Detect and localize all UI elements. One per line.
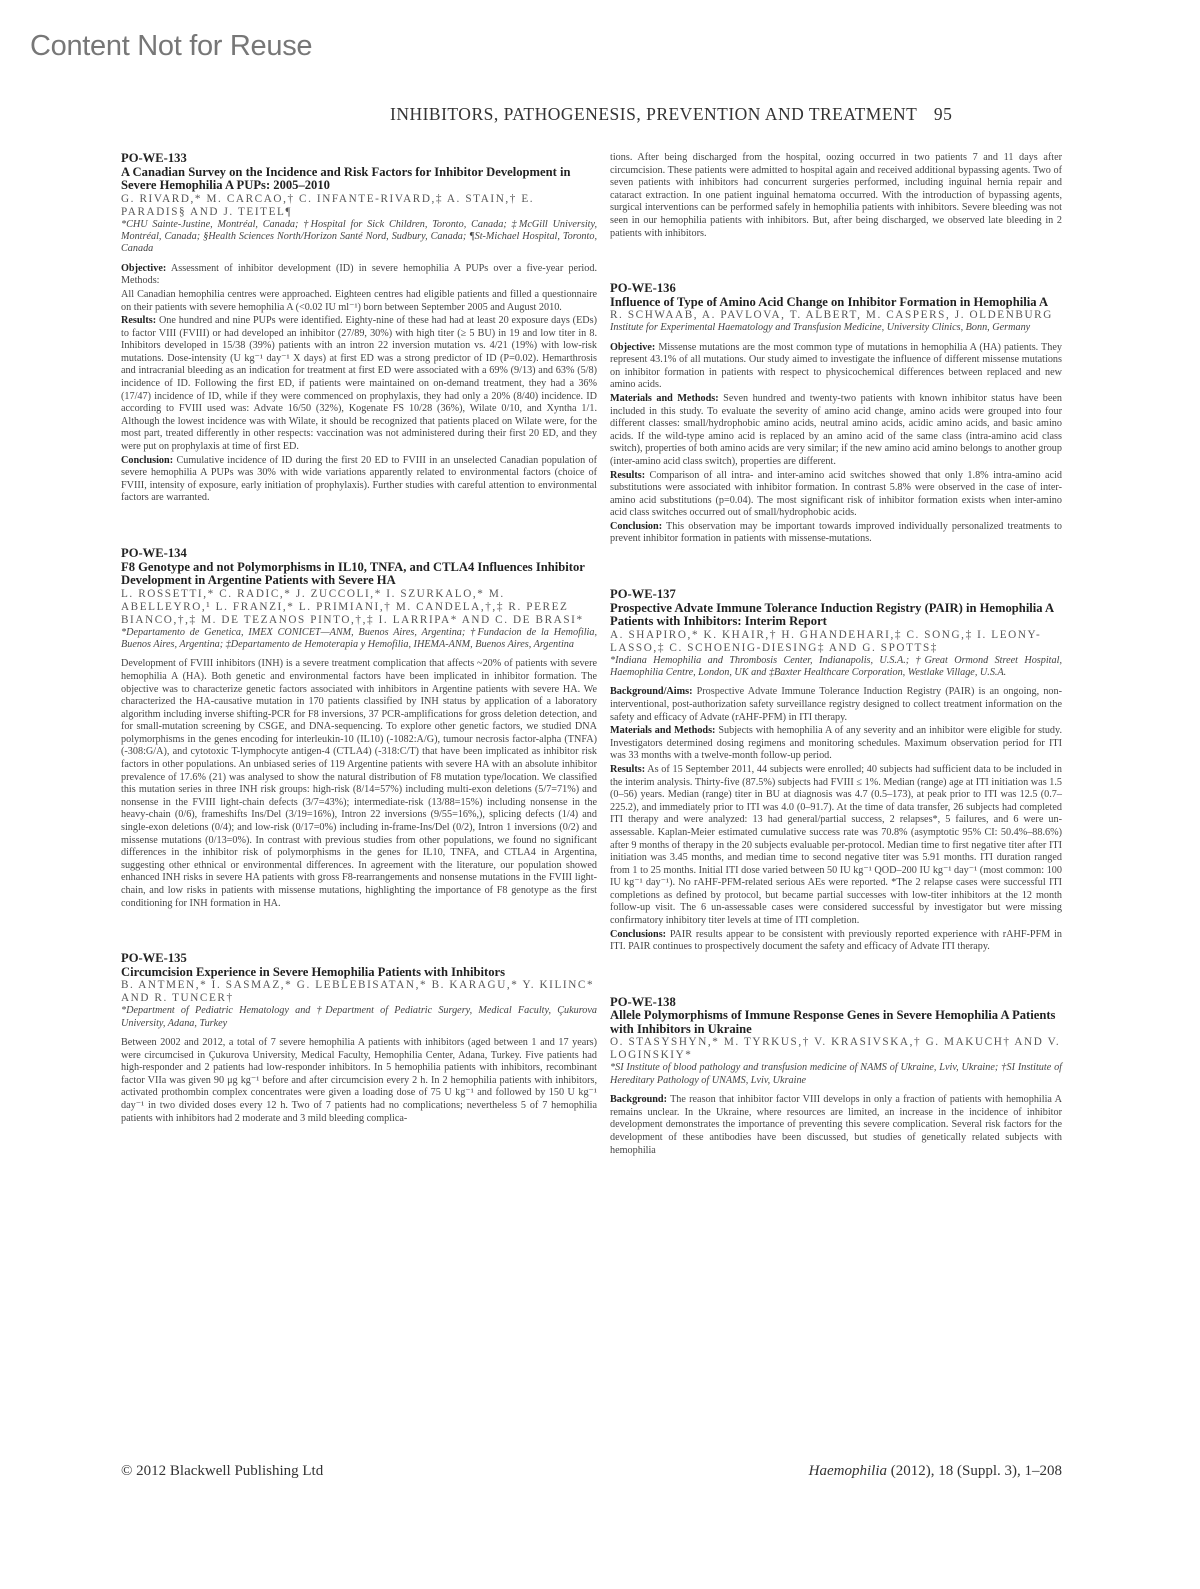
abstract-authors: L. ROSSETTI,* C. RADIC,* J. ZUCCOLI,* I.… [121,588,597,627]
abstract-section: Development of FVIII inhibitors (INH) is… [121,658,597,910]
section-label: Results: [610,764,645,775]
abstract-affiliations: Institute for Experimental Haematology a… [610,322,1062,334]
abstract-po-we-135-continuation: tions. After being discharged from the h… [610,152,1062,240]
abstract-title: Prospective Advate Immune Tolerance Indu… [610,602,1062,629]
section-label: Materials and Methods: [610,725,715,736]
section-label: Results: [121,315,156,326]
section-label: Objective: [121,263,166,274]
section-text: Comparison of all intra- and inter-amino… [610,470,1062,519]
abstract-authors: O. STASYSHYN,* M. TYRKUS,† V. KRASIVSKA,… [610,1036,1062,1062]
abstract-po-we-134: PO-WE-134 F8 Genotype and not Polymorphi… [121,547,597,910]
running-head: INHIBITORS, PATHOGENESIS, PREVENTION AND… [390,104,1062,125]
left-column: PO-WE-133 A Canadian Survey on the Incid… [121,152,597,1167]
abstract-section: Conclusion: Cumulative incidence of ID d… [121,455,597,505]
abstract-po-we-137: PO-WE-137 Prospective Advate Immune Tole… [610,588,1062,954]
abstract-authors: A. SHAPIRO,* K. KHAIR,† H. GHANDEHARI,‡ … [610,629,1062,655]
abstract-title: A Canadian Survey on the Incidence and R… [121,166,597,193]
abstract-po-we-133: PO-WE-133 A Canadian Survey on the Incid… [121,152,597,505]
abstract-section: All Canadian hemophilia centres were app… [121,289,597,314]
abstract-section: Conclusion: This observation may be impo… [610,521,1062,546]
section-text: Missense mutations are the most common t… [610,342,1062,391]
abstract-section: Conclusions: PAIR results appear to be c… [610,929,1062,954]
abstract-section: Results: Comparison of all intra- and in… [610,470,1062,520]
section-label: Background: [610,1094,667,1105]
section-text: Development of FVIII inhibitors (INH) is… [121,658,597,908]
abstract-section: Between 2002 and 2012, a total of 7 seve… [121,1037,597,1125]
abstract-authors: B. ANTMEN,* I. SASMAZ,* G. LEBLEBISATAN,… [121,979,597,1005]
section-text: As of 15 September 2011, 44 subjects wer… [610,764,1062,926]
section-text: This observation may be important toward… [610,521,1062,545]
abstract-title: Influence of Type of Amino Acid Change o… [610,296,1062,310]
section-text: Between 2002 and 2012, a total of 7 seve… [121,1037,597,1124]
abstract-id: PO-WE-136 [610,282,1062,296]
abstract-section: Results: One hundred and nine PUPs were … [121,315,597,454]
section-label: Background/Aims: [610,686,692,697]
abstract-po-we-136: PO-WE-136 Influence of Type of Amino Aci… [610,282,1062,546]
section-label: Materials and Methods: [610,393,719,404]
section-text: One hundred and nine PUPs were identifie… [121,315,597,452]
section-label: Results: [610,470,645,481]
abstract-title: Allele Polymorphisms of Immune Response … [610,1009,1062,1036]
section-text: The reason that inhibitor factor VIII de… [610,1094,1062,1155]
journal-name: Haemophilia [809,1463,887,1479]
abstract-id: PO-WE-135 [121,952,597,966]
abstract-affiliations: *Departamento de Genetica, IMEX CONICET—… [121,627,597,652]
abstract-affiliations: *CHU Sainte-Justine, Montréal, Canada; †… [121,219,597,256]
page-number: 95 [934,104,953,124]
abstract-po-we-135: PO-WE-135 Circumcision Experience in Sev… [121,952,597,1125]
abstract-section: Background/Aims: Prospective Advate Immu… [610,686,1062,724]
section-title: INHIBITORS, PATHOGENESIS, PREVENTION AND… [390,104,917,124]
section-text: Assessment of inhibitor development (ID)… [121,263,597,287]
abstract-section: Materials and Methods: Subjects with hem… [610,725,1062,763]
section-text: Cumulative incidence of ID during the fi… [121,455,597,504]
footer-citation: Haemophilia (2012), 18 (Suppl. 3), 1–208 [809,1463,1062,1480]
section-text: All Canadian hemophilia centres were app… [121,289,597,313]
abstract-title: Circumcision Experience in Severe Hemoph… [121,966,597,980]
citation-details: (2012), 18 (Suppl. 3), 1–208 [891,1463,1062,1479]
abstract-section: Results: As of 15 September 2011, 44 sub… [610,764,1062,928]
abstract-id: PO-WE-137 [610,588,1062,602]
watermark: Content Not for Reuse [30,30,312,63]
abstract-section: Objective: Assessment of inhibitor devel… [121,263,597,288]
abstract-affiliations: *Department of Pediatric Hematology and … [121,1005,597,1030]
abstract-po-we-138: PO-WE-138 Allele Polymorphisms of Immune… [610,996,1062,1157]
section-label: Objective: [610,342,655,353]
abstract-title: F8 Genotype and not Polymorphisms in IL1… [121,561,597,588]
abstract-section: Materials and Methods: Seven hundred and… [610,393,1062,469]
section-label: Conclusions: [610,929,666,940]
section-label: Conclusion: [121,455,173,466]
section-label: Conclusion: [610,521,662,532]
section-text: Seven hundred and twenty-two patients wi… [610,393,1062,467]
abstract-id: PO-WE-134 [121,547,597,561]
abstract-affiliations: *SI Institute of blood pathology and tra… [610,1062,1062,1087]
abstract-id: PO-WE-133 [121,152,597,166]
abstract-affiliations: *Indiana Hemophilia and Thrombosis Cente… [610,655,1062,680]
abstract-id: PO-WE-138 [610,996,1062,1010]
footer-copyright: © 2012 Blackwell Publishing Ltd [121,1463,323,1480]
right-column: tions. After being discharged from the h… [610,152,1062,1199]
abstract-section: Objective: Missense mutations are the mo… [610,342,1062,392]
abstract-section: Background: The reason that inhibitor fa… [610,1094,1062,1157]
abstract-authors: R. SCHWAAB, A. PAVLOVA, T. ALBERT, M. CA… [610,309,1062,322]
abstract-authors: G. RIVARD,* M. CARCAO,† C. INFANTE-RIVAR… [121,193,597,219]
section-text: PAIR results appear to be consistent wit… [610,929,1062,953]
